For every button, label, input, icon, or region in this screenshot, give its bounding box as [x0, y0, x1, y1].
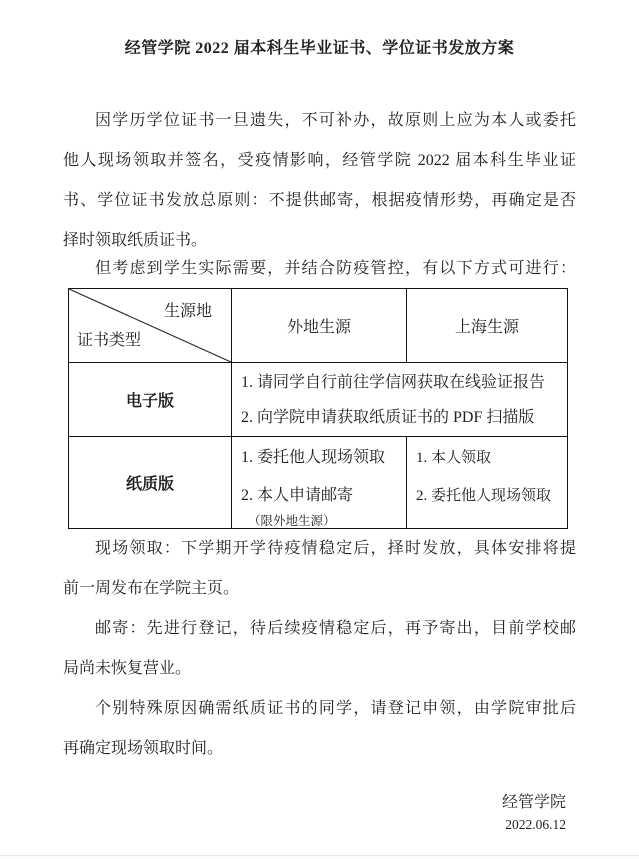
paragraph-line: 因学历学位证书一旦遗失，不可补办，故原则上应为本人或委托: [63, 101, 576, 141]
paragraph-line: 再确定现场领取时间。: [63, 729, 576, 769]
document-page: 经管学院 2022 届本科生毕业证书、学位证书发放方案 因学历学位证书一旦遗失，…: [0, 0, 639, 859]
table-row-electronic: 电子版 1. 请同学自行前往学信网获取在线验证报告 2. 向学院申请获取纸质证书…: [69, 363, 568, 437]
paragraph-special-cases: 个别特殊原因确需纸质证书的同学，请登记申领，由学院审批后 再确定现场领取时间。: [63, 689, 576, 769]
document-body: 因学历学位证书一旦遗失，不可补办，故原则上应为本人或委托 他人现场领取并签名，受…: [63, 101, 576, 836]
distribution-table: 生源地 证书类型 外地生源 上海生源 电子版 1. 请同学自行前往学信网获取在线…: [68, 288, 568, 529]
corner-label-origin: 生源地: [164, 298, 212, 321]
paper-nonlocal-note: （限外地生源）: [241, 515, 404, 528]
column-header-nonlocal: 外地生源: [232, 289, 407, 363]
table-cell-line: 1. 请同学自行前往学信网获取在线验证报告: [241, 365, 565, 400]
document-title: 经管学院 2022 届本科生毕业证书、学位证书发放方案: [0, 0, 639, 62]
column-header-shanghai: 上海生源: [407, 289, 568, 363]
signature-block: 经管学院 2022.06.12: [63, 791, 576, 836]
table-cell-line: 2. 向学院申请获取纸质证书的 PDF 扫描版: [241, 400, 565, 435]
row-label-paper: 纸质版: [69, 437, 232, 529]
paragraph-line: 前一周发布在学院主页。: [63, 569, 576, 609]
paragraph-line: 个别特殊原因确需纸质证书的同学，请登记申领，由学院审批后: [63, 689, 576, 729]
paragraph-line: 他人现场领取并签名，受疫情影响，经管学院 2022 届本科生毕业证: [63, 141, 576, 181]
signature-organization: 经管学院: [63, 791, 566, 814]
paragraph-mailing: 邮寄：先进行登记，待后续疫情稳定后，再予寄出，目前学校邮 局尚未恢复营业。: [63, 609, 576, 689]
paper-nonlocal-cell: 1. 委托他人现场领取 2. 本人申请邮寄 （限外地生源）: [232, 437, 407, 529]
page-bottom-edge: [0, 855, 639, 859]
paragraph-line: 书、学位证书发放总原则：不提供邮寄，根据疫情形势，再确定是否: [63, 181, 576, 221]
table-header-row: 生源地 证书类型 外地生源 上海生源: [69, 289, 568, 363]
paragraph-table-intro: 但考虑到学生实际需要，并结合防疫管控，有以下方式可进行：: [63, 249, 576, 289]
table-cell-line: 2. 委托他人现场领取: [416, 477, 565, 515]
corner-header-cell: 生源地 证书类型: [69, 289, 232, 363]
table-cell-line: 1. 委托他人现场领取: [241, 439, 404, 477]
signature-date: 2022.06.12: [63, 814, 566, 836]
paragraph-line: 局尚未恢复营业。: [63, 649, 576, 689]
corner-label-cert-type: 证书类型: [77, 327, 141, 350]
table-cell-line: 2. 本人申请邮寄: [241, 477, 404, 515]
paragraph-line: 现场领取：下学期开学待疫情稳定后，择时发放，具体安排将提: [63, 529, 576, 569]
table-row-paper: 纸质版 1. 委托他人现场领取 2. 本人申请邮寄 （限外地生源） 1. 本人领…: [69, 437, 568, 529]
row-label-electronic: 电子版: [69, 363, 232, 437]
paper-shanghai-cell: 1. 本人领取 2. 委托他人现场领取: [407, 437, 568, 529]
paragraph-line: 邮寄：先进行登记，待后续疫情稳定后，再予寄出，目前学校邮: [63, 609, 576, 649]
electronic-methods-cell: 1. 请同学自行前往学信网获取在线验证报告 2. 向学院申请获取纸质证书的 PD…: [232, 363, 568, 437]
paragraph-onsite-pickup: 现场领取：下学期开学待疫情稳定后，择时发放，具体安排将提 前一周发布在学院主页。: [63, 529, 576, 609]
paragraph-principle: 因学历学位证书一旦遗失，不可补办，故原则上应为本人或委托 他人现场领取并签名，受…: [63, 101, 576, 261]
table-cell-line: 1. 本人领取: [416, 439, 565, 477]
paragraph-line: 但考虑到学生实际需要，并结合防疫管控，有以下方式可进行：: [63, 249, 576, 289]
